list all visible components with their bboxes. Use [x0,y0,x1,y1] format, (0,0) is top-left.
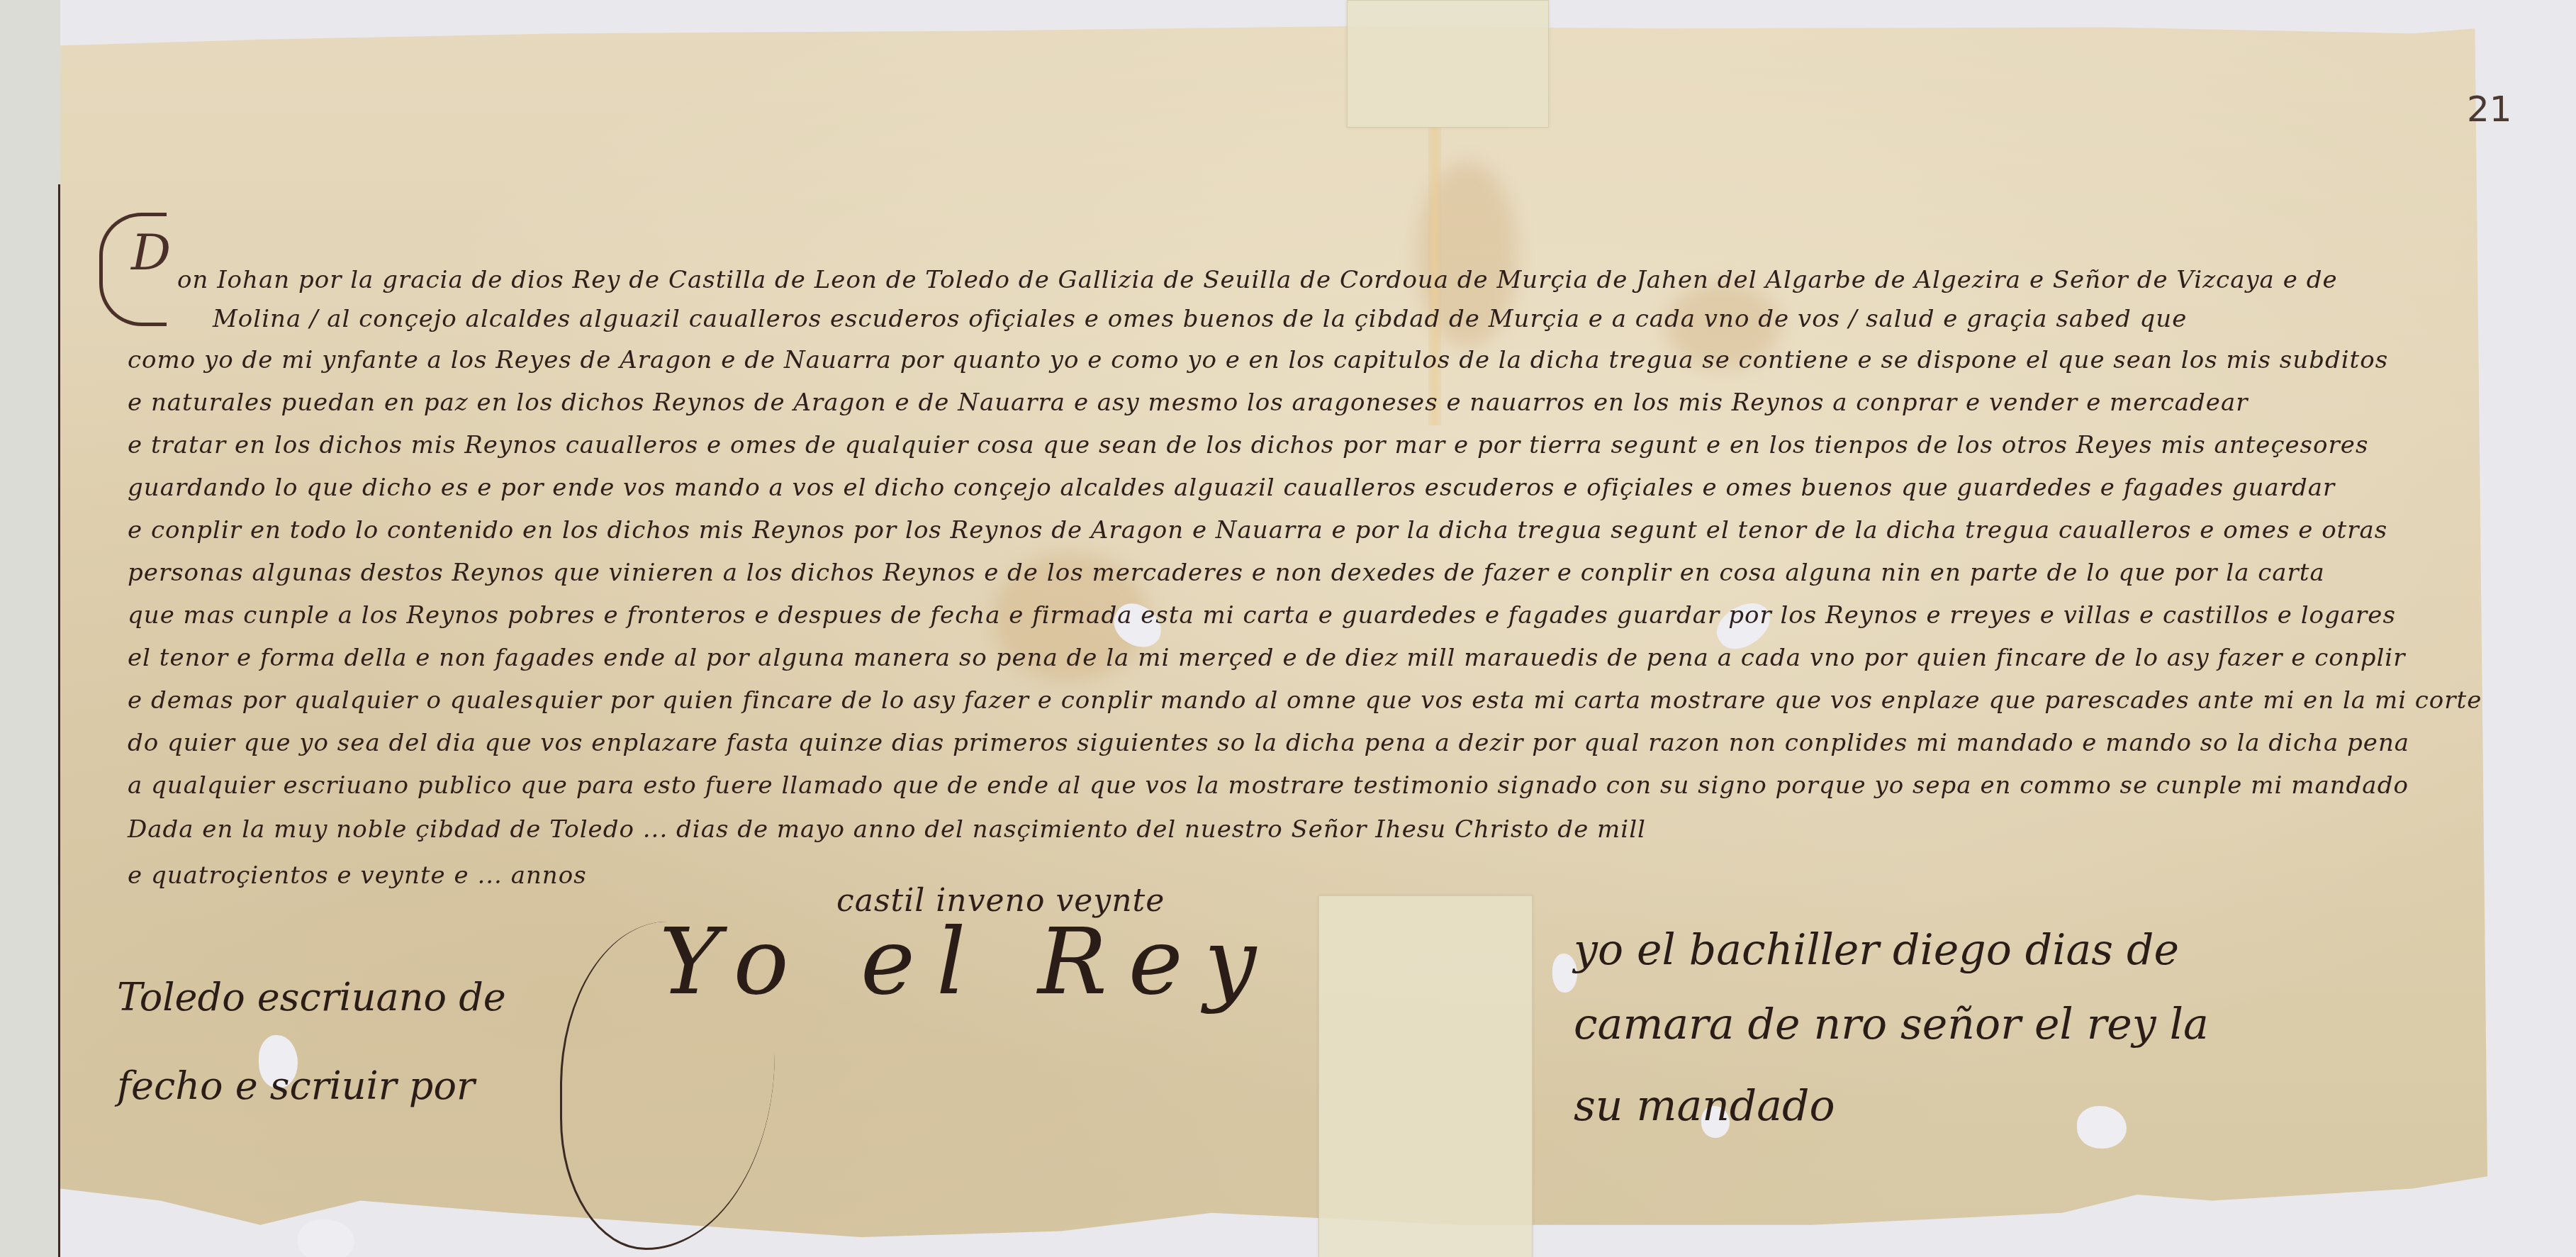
text-line-6: guardando lo que dicho es e por ende vos… [128,474,2335,502]
text-line-10: el tenor e forma della e non fagades end… [128,644,2405,672]
text-line-3: como yo de mi ynfante a los Reyes de Ara… [128,346,2388,374]
secretary-subscription-line-1: yo el bachiller diego dias de [1574,925,2179,975]
scribe-note-line-2: fecho e scriuir por [117,1063,475,1108]
paper-hole [2077,1106,2127,1149]
scribe-note-line-1: Toledo escriuano de [117,975,506,1019]
text-line-4: e naturales puedan en paz en los dichos … [128,389,2248,417]
text-line-1: on Iohan por la gracia de dios Rey de Ca… [177,266,2338,294]
scan-background-left [0,0,60,1257]
repair-tape-bottom [1318,895,1533,1257]
decorated-initial: D [99,213,167,326]
secretary-subscription-line-2: camara de nro señor el rey la [1574,1000,2209,1049]
text-line-2: Molina / al conçejo alcaldes alguazil ca… [213,305,2187,333]
secretary-subscription-line-3: su mandado [1574,1081,1835,1131]
text-line-15: e quatroçientos e veynte e ... annos [128,861,587,890]
text-line-14: Dada en la muy noble çibdad de Toledo ..… [128,815,1646,844]
paper-hole [298,1219,354,1257]
text-line-11: e demas por qualquier o qualesquier por … [128,686,2482,715]
folio-number: 21 [2467,89,2512,130]
binding-edge [58,184,60,1257]
text-line-13: a qualquier escriuano publico que para e… [128,771,2409,800]
repair-tape-top [1347,0,1549,128]
text-line-7: e conplir en todo lo contenido en los di… [128,516,2387,544]
text-line-9: que mas cunple a los Reynos pobres e fro… [128,601,2396,630]
text-line-12: do quier que yo sea del dia que vos enpl… [128,729,2409,757]
royal-signature: Yo el Rey [659,907,1277,1015]
text-line-8: personas algunas destos Reynos que vinie… [128,559,2325,587]
text-line-5: e tratar en los dichos mis Reynos cauall… [128,431,2368,459]
